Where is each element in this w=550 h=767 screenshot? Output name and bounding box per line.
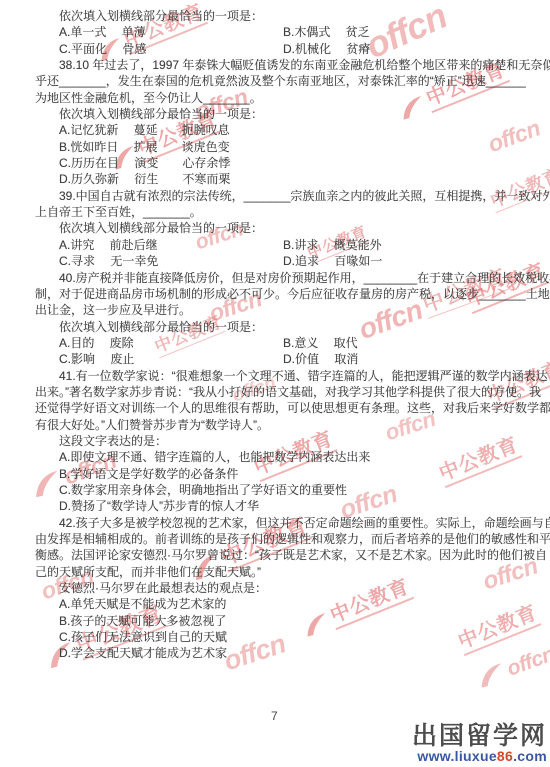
option-text: C.寻求 无一幸免 [59, 253, 283, 269]
footer-logo: 出国留学网 www.liuxue86.com [412, 724, 547, 763]
text-line: A.讲究 前赴后继B.讲求 概莫能外 [35, 237, 535, 253]
site-url-prefix: www.liuxue [417, 748, 497, 764]
text-line: 42.孩子大多是被学校忽视的艺术家，但这并不否定命题绘画的重要性。实际上，命题绘… [35, 515, 535, 531]
text-line: C.影响 废止D.价值 取消 [35, 351, 535, 367]
text-line: B.恍如昨日 扩展 谈虎色变 [35, 139, 535, 155]
page-number: 7 [271, 709, 278, 723]
text-line: 依次填入划横线部分最恰当的一项是： [35, 220, 535, 236]
text-line: C.孩子们无法意识到自己的天赋 [35, 629, 535, 645]
text-line: 乎还_______，发生在泰国的危机竟然波及整个东南亚地区，对泰铢汇率的“矫正”… [35, 73, 535, 89]
site-url: www.liuxue86.com [412, 749, 547, 763]
text-line: D.历久弥新 衍生 不寒而栗 [35, 171, 535, 187]
text-line: C.数学家用亲身体会，明确地指出了学好语文的重要性 [35, 482, 535, 498]
text-line: C.历历在目 演变 心存余悸 [35, 155, 535, 171]
text-line: 安德烈·马尔罗在此最想表达的观点是： [35, 580, 535, 596]
document-page: offcn中公教育offcn中公教育offcn中公教育offcn中公教育中公教育… [0, 0, 550, 767]
text-line: C.平面化 骨感D.机械化 贫瘠 [35, 41, 535, 57]
option-text: A.单一式 单薄 [59, 24, 283, 40]
text-line: 依次填入划横线部分最恰当的一项是： [35, 106, 535, 122]
watermark-swoosh-icon [472, 661, 509, 692]
option-text: C.影响 废止 [59, 351, 283, 367]
text-line: 上自帝王下至百姓，_______。 [35, 204, 535, 220]
text-line: A.目的 废除B.意义 取代 [35, 335, 535, 351]
text-line: A.记忆犹新 蔓延 扼腕叹息 [35, 122, 535, 138]
text-line: 出让金，这一步应及早进行。 [35, 302, 535, 318]
text-line: 40.房产税并非能直接降低房价，但是对房价预期起作用，________在于建立合… [35, 270, 535, 286]
text-line: A.单凭天赋是不能成为艺术家的 [35, 596, 535, 612]
text-line: A.即使文理不通、错字连篇的人，也能把数学内涵表达出来 [35, 449, 535, 465]
text-line: 还觉得学好语文对训练一个人的思维很有帮助，可以使思想更有条理。这些，对我后来学好… [35, 400, 535, 416]
option-text: B.讲求 概莫能外 [283, 238, 382, 252]
text-line: 这段文字表达的是： [35, 433, 535, 449]
text-line: 有很大好处。”人们赞誉苏步青为“数学诗人”。 [35, 417, 535, 433]
text-line: 己的天赋所支配，而并非他们在支配天赋。” [35, 564, 535, 580]
text-line: 出来。”著名数学家苏步青说：“我从小打好的语文基础，对我学习其他学科提供了很大的… [35, 384, 535, 400]
text-line: 衡感。法国评论家安德烈·马尔罗曾说过：“孩子既是艺术家，又不是艺术家。因为此时的… [35, 547, 535, 563]
text-line: B.学好语文是学好数学的必备条件 [35, 466, 535, 482]
text-line: 为地区性金融危机，至今仍让人_______。 [35, 90, 535, 106]
text-line: 39.中国自古就有浓烈的宗法传统，_______宗族血亲之内的彼此关照，互相提携… [35, 188, 535, 204]
text-line: 依次填入划横线部分最恰当的一项是： [35, 8, 535, 24]
text-line: 38.10 年过去了，1997 年泰铢大幅贬值诱发的东南亚金融危机给整个地区带来… [35, 57, 535, 73]
text-line: 依次填入划横线部分最恰当的一项是： [35, 319, 535, 335]
site-url-suffix: .com [513, 748, 547, 764]
option-text: A.目的 废除 [59, 335, 283, 351]
option-text: B.意义 取代 [283, 336, 358, 350]
text-line: 41.有一位数学家说：“很难想象一个文理不通、错字连篇的人，能把逻辑严谨的数学内… [35, 368, 535, 384]
option-text: C.平面化 骨感 [59, 41, 283, 57]
option-text: B.木偶式 贫乏 [283, 25, 370, 39]
option-text: D.价值 取消 [283, 352, 358, 366]
text-line: 制，对于促进商品房市场机制的形成必不可少。今后应征收存量房的房产税，以逐步___… [35, 286, 535, 302]
text-line: 由发挥是相辅相成的。前者训练的是孩子们的逻辑性和观察力，而后者培养的是他们的敏感… [35, 531, 535, 547]
site-url-number: 86 [497, 748, 513, 764]
option-text: D.机械化 贫瘠 [283, 42, 370, 56]
text-line: C.寻求 无一幸免D.追求 百喙如一 [35, 253, 535, 269]
text-line: A.单一式 单薄B.木偶式 贫乏 [35, 24, 535, 40]
option-text: A.讲究 前赴后继 [59, 237, 283, 253]
option-text: D.追求 百喙如一 [283, 254, 382, 268]
document-lines: 依次填入划横线部分最恰当的一项是：A.单一式 单薄B.木偶式 贫乏C.平面化 骨… [35, 8, 535, 662]
text-line: D.学会支配天赋才能成为艺术家 [35, 645, 535, 661]
site-name: 出国留学网 [412, 724, 547, 749]
text-line: D.赞扬了“数学诗人”苏步青的惊人才华 [35, 498, 535, 514]
text-line: B.孩子的天赋可能大多被忽视了 [35, 613, 535, 629]
